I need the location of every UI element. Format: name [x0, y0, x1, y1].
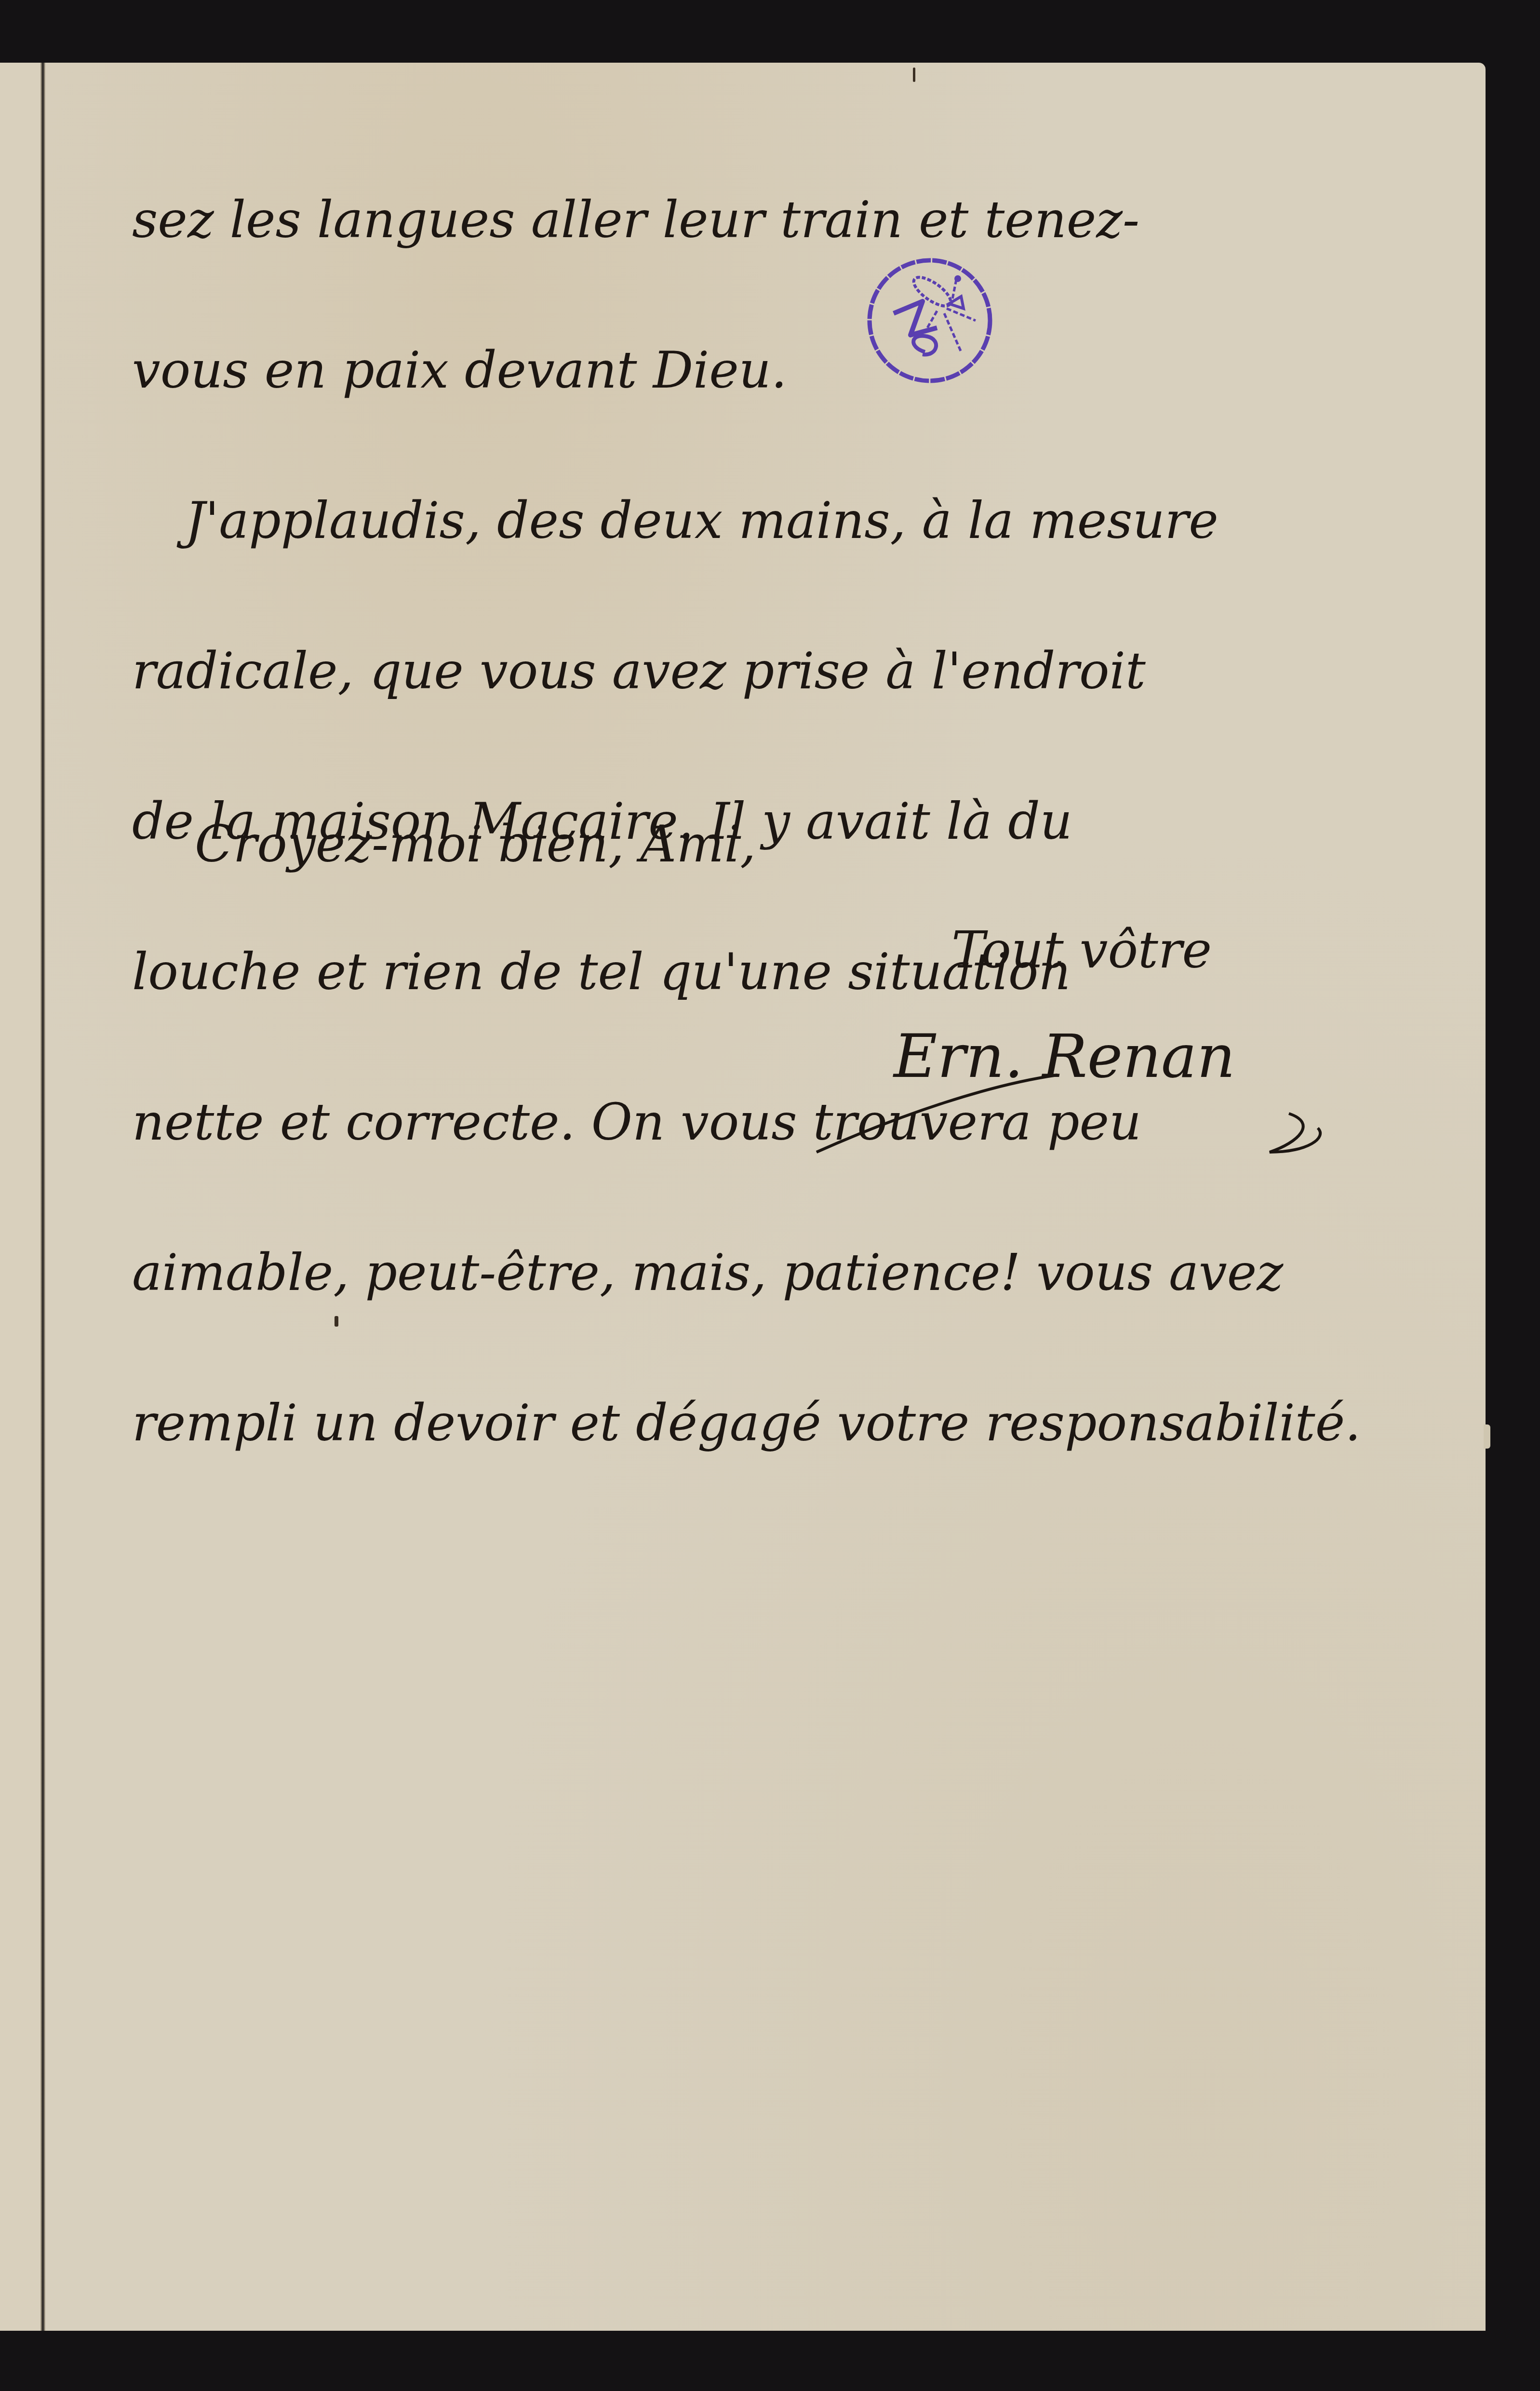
page-fold [40, 63, 45, 2331]
body-line: rempli un devoir et dégagé votre respons… [132, 1348, 1462, 1498]
pencil-mark [913, 67, 915, 82]
body-line: louche et rien de tel qu'une situation [132, 897, 1462, 1047]
body-line: sez les langues aller leur train et tene… [132, 145, 1462, 295]
previous-page-edge [0, 63, 42, 2331]
body-line: radicale, que vous avez prise à l'endroi… [132, 596, 1462, 746]
paper-tear [1484, 1424, 1490, 1449]
closing-line: Croyez-moi bien, Ami, [195, 815, 756, 873]
bee-stamp-icon [865, 255, 995, 386]
ink-speck [335, 1316, 338, 1327]
valediction: Tout vôtre [951, 921, 1212, 980]
body-line: vous en paix devant Dieu. [132, 295, 1462, 445]
letter-page: sez les langues aller leur train et tene… [45, 63, 1486, 2331]
body-line: aimable, peut-être, mais, patience! vous… [132, 1197, 1462, 1348]
body-line: J'applaudis, des deux mains, à la mesure [132, 445, 1462, 596]
signature-flourish-icon [807, 1056, 1337, 1162]
